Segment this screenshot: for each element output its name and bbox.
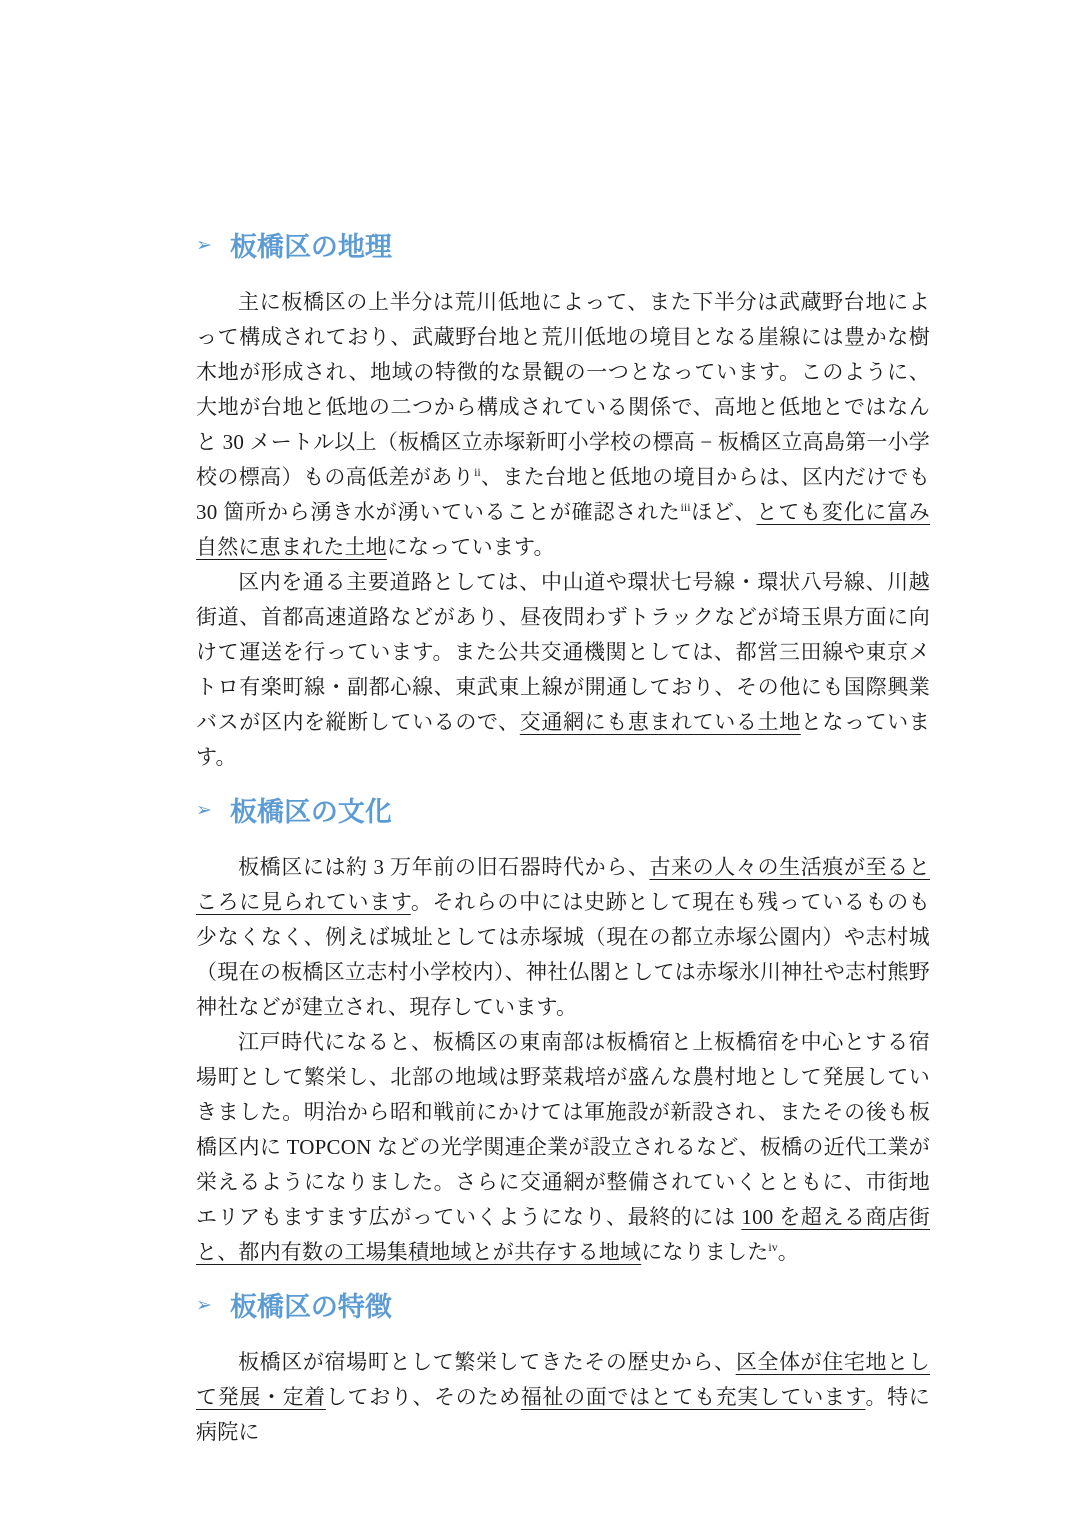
- section-geography: ➢板橋区の地理主に板橋区の上半分は荒川低地によって、また下半分は武蔵野台地によっ…: [196, 232, 930, 775]
- footnote-reference: iv: [768, 1240, 777, 1254]
- body-paragraph: 区内を通る主要道路としては、中山道や環状七号線・環状八号線、川越街道、首都高速道…: [196, 565, 930, 775]
- body-paragraph: 板橋区が宿場町として繁栄してきたその歴史から、区全体が住宅地として発展・定着して…: [196, 1345, 930, 1450]
- section-title: 板橋区の地理: [230, 232, 392, 262]
- body-paragraph: 江戸時代になると、板橋区の東南部は板橋宿と上板橋宿を中心とする宿場町として繁栄し…: [196, 1025, 930, 1270]
- sections-container: ➢板橋区の地理主に板橋区の上半分は荒川低地によって、また下半分は武蔵野台地によっ…: [196, 232, 930, 1450]
- text-segment: になっています。: [387, 535, 555, 559]
- text-segment: 江戸時代になると、板橋区の東南部は板橋宿と上板橋宿を中心とする宿場町として繁栄し…: [196, 1030, 930, 1229]
- section-title: 板橋区の文化: [230, 797, 392, 827]
- arrow-bullet-icon: ➢: [196, 1291, 212, 1321]
- arrow-bullet-icon: ➢: [196, 796, 212, 826]
- text-segment: になりました: [641, 1240, 768, 1264]
- document-page: ➢板橋区の地理主に板橋区の上半分は荒川低地によって、また下半分は武蔵野台地によっ…: [0, 0, 1076, 1522]
- text-segment: 。: [778, 1240, 799, 1264]
- section-heading-culture: ➢板橋区の文化: [196, 797, 930, 827]
- section-features: ➢板橋区の特徴板橋区が宿場町として繁栄してきたその歴史から、区全体が住宅地として…: [196, 1292, 930, 1450]
- underlined-phrase: 福祉の面ではとても充実しています: [521, 1385, 866, 1409]
- section-heading-geography: ➢板橋区の地理: [196, 232, 930, 262]
- body-paragraph: 主に板橋区の上半分は荒川低地によって、また下半分は武蔵野台地によって構成されてお…: [196, 285, 930, 565]
- text-segment: ほど、: [691, 500, 757, 524]
- text-segment: しており、そのため: [326, 1385, 521, 1409]
- arrow-bullet-icon: ➢: [196, 231, 212, 261]
- text-segment: 板橋区には約 3 万年前の旧石器時代から、: [238, 855, 649, 879]
- text-segment: 主に板橋区の上半分は荒川低地によって、また下半分は武蔵野台地によって構成されてお…: [196, 290, 930, 489]
- section-heading-features: ➢板橋区の特徴: [196, 1292, 930, 1322]
- text-segment: 板橋区が宿場町として繁栄してきたその歴史から、: [238, 1350, 736, 1374]
- footnote-reference: ii: [474, 465, 481, 479]
- underlined-phrase: 交通網にも恵まれている土地: [520, 710, 801, 734]
- body-paragraph: 板橋区には約 3 万年前の旧石器時代から、古来の人々の生活痕が至るところに見られ…: [196, 850, 930, 1025]
- section-culture: ➢板橋区の文化板橋区には約 3 万年前の旧石器時代から、古来の人々の生活痕が至る…: [196, 797, 930, 1270]
- section-title: 板橋区の特徴: [230, 1292, 392, 1322]
- footnote-reference: iii: [681, 500, 691, 514]
